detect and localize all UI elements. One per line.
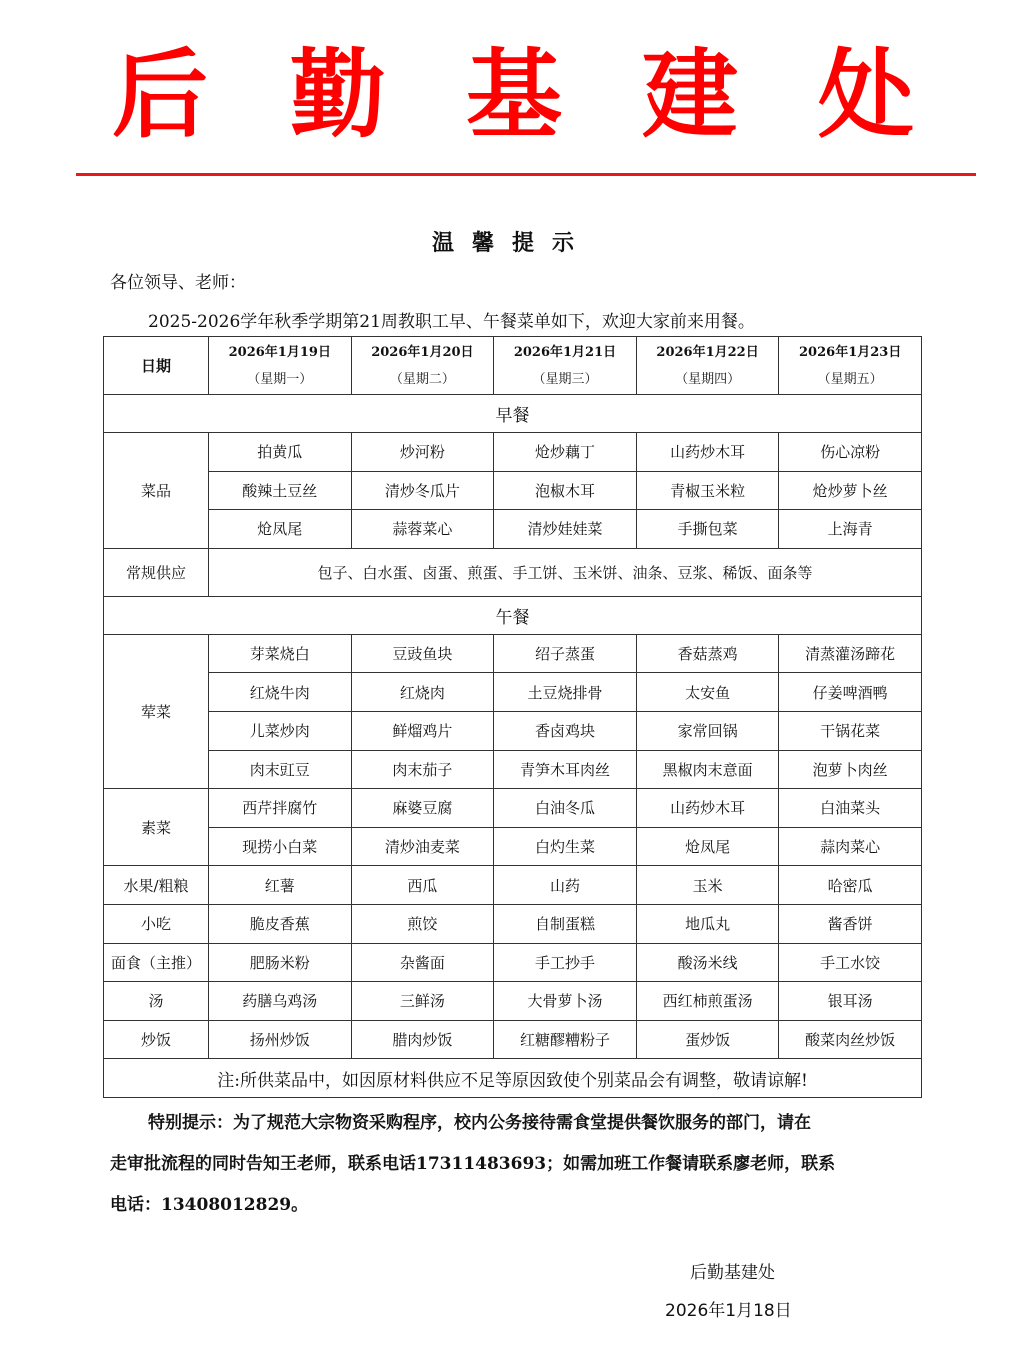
special-line: 走审批流程的同时告知王老师，联系电话17311483693；如需加班工作餐请联系… <box>110 1144 916 1185</box>
dish-cell: 地瓜丸 <box>636 904 779 943</box>
dish-cell: 酸汤米线 <box>636 943 779 982</box>
row-label: 菜品 <box>104 433 209 549</box>
special-line: 特别提示：为了规范大宗物资采购程序，校内公务接待需食堂提供餐饮服务的部门，请在 <box>110 1103 916 1144</box>
day-header: 2026年1月21日（星期三） <box>494 337 637 395</box>
row-label: 面食（主推） <box>104 943 209 982</box>
dish-cell: 蛋炒饭 <box>636 1020 779 1059</box>
dish-cell: 白油冬瓜 <box>494 789 637 828</box>
dish-cell: 家常回锅 <box>636 711 779 750</box>
dish-cell: 肉末豇豆 <box>209 750 352 789</box>
dish-cell: 扬州炒饭 <box>209 1020 352 1059</box>
dish-cell: 拍黄瓜 <box>209 433 352 472</box>
row-label: 小吃 <box>104 904 209 943</box>
dish-cell: 三鲜汤 <box>351 982 494 1021</box>
dish-cell: 炝凤尾 <box>209 510 352 549</box>
dish-cell: 绍子蒸蛋 <box>494 634 637 673</box>
dish-cell: 炝炒藕丁 <box>494 433 637 472</box>
day-header: 2026年1月20日（星期二） <box>351 337 494 395</box>
dish-cell: 豆豉鱼块 <box>351 634 494 673</box>
regular-supply: 包子、白水蛋、卤蛋、煎蛋、手工饼、玉米饼、油条、豆浆、稀饭、面条等 <box>209 548 922 596</box>
dish-cell: 清炒油麦菜 <box>351 827 494 866</box>
dish-cell: 鲜熘鸡片 <box>351 711 494 750</box>
dish-cell: 白灼生菜 <box>494 827 637 866</box>
dish-cell: 肥肠米粉 <box>209 943 352 982</box>
greeting: 各位领导、老师： <box>110 268 246 293</box>
dish-cell: 脆皮香蕉 <box>209 904 352 943</box>
row-label: 荤菜 <box>104 634 209 788</box>
dish-cell: 杂酱面 <box>351 943 494 982</box>
dish-cell: 清蒸灌汤蹄花 <box>779 634 922 673</box>
dish-cell: 儿菜炒肉 <box>209 711 352 750</box>
dish-cell: 麻婆豆腐 <box>351 789 494 828</box>
menu-table: 日期 2026年1月19日（星期一） 2026年1月20日（星期二） 2026年… <box>103 336 922 1098</box>
dish-cell: 酸菜肉丝炒饭 <box>779 1020 922 1059</box>
dish-cell: 哈密瓜 <box>779 866 922 905</box>
dish-cell: 太安鱼 <box>636 673 779 712</box>
dish-cell: 自制蛋糕 <box>494 904 637 943</box>
dish-cell: 上海青 <box>779 510 922 549</box>
dish-cell: 清炒娃娃菜 <box>494 510 637 549</box>
dish-cell: 香卤鸡块 <box>494 711 637 750</box>
row-label: 水果/粗粮 <box>104 866 209 905</box>
dish-cell: 黑椒肉末意面 <box>636 750 779 789</box>
dish-cell: 西芹拌腐竹 <box>209 789 352 828</box>
dish-cell: 腊肉炒饭 <box>351 1020 494 1059</box>
dish-cell: 山药炒木耳 <box>636 433 779 472</box>
dish-cell: 西红柿煎蛋汤 <box>636 982 779 1021</box>
letterhead-char: 处 <box>818 40 914 150</box>
table-row: 酸辣土豆丝 清炒冬瓜片 泡椒木耳 青椒玉米粒 炝炒萝卜丝 <box>104 471 922 510</box>
table-row: 水果/粗粮 红薯 西瓜 山药 玉米 哈密瓜 <box>104 866 922 905</box>
letterhead-char: 后 <box>112 40 208 150</box>
dish-cell: 清炒冬瓜片 <box>351 471 494 510</box>
page-title: 温馨提示 <box>0 226 1024 257</box>
dish-cell: 红烧牛肉 <box>209 673 352 712</box>
dish-cell: 青椒玉米粒 <box>636 471 779 510</box>
table-row: 荤菜 芽菜烧白 豆豉鱼块 绍子蒸蛋 香菇蒸鸡 清蒸灌汤蹄花 <box>104 634 922 673</box>
dish-cell: 酸辣土豆丝 <box>209 471 352 510</box>
dish-cell: 现捞小白菜 <box>209 827 352 866</box>
dish-cell: 白油菜头 <box>779 789 922 828</box>
dish-cell: 蒜蓉菜心 <box>351 510 494 549</box>
section-breakfast: 早餐 <box>104 395 922 433</box>
dish-cell: 芽菜烧白 <box>209 634 352 673</box>
dish-cell: 炝炒萝卜丝 <box>779 471 922 510</box>
red-divider <box>76 173 976 176</box>
section-lunch: 午餐 <box>104 596 922 634</box>
dish-cell: 玉米 <box>636 866 779 905</box>
dish-cell: 蒜肉菜心 <box>779 827 922 866</box>
dish-cell: 酱香饼 <box>779 904 922 943</box>
issue-date: 2026年1月18日 <box>665 1296 792 1321</box>
table-row: 汤 药膳乌鸡汤 三鲜汤 大骨萝卜汤 西红柿煎蛋汤 银耳汤 <box>104 982 922 1021</box>
dish-cell: 手撕包菜 <box>636 510 779 549</box>
letterhead-char: 建 <box>642 40 738 150</box>
table-row: 炝凤尾 蒜蓉菜心 清炒娃娃菜 手撕包菜 上海青 <box>104 510 922 549</box>
table-note: 注:所供菜品中，如因原材料供应不足等原因致使个别菜品会有调整，敬请谅解! <box>104 1059 922 1098</box>
dish-cell: 炝凤尾 <box>636 827 779 866</box>
dish-cell: 煎饺 <box>351 904 494 943</box>
signature: 后勤基建处 <box>690 1258 775 1283</box>
letterhead: 后 勤 基 建 处 <box>0 40 1024 150</box>
date-label: 日期 <box>104 337 209 395</box>
table-row: 肉末豇豆 肉末茄子 青笋木耳肉丝 黑椒肉末意面 泡萝卜肉丝 <box>104 750 922 789</box>
table-row: 面食（主推） 肥肠米粉 杂酱面 手工抄手 酸汤米线 手工水饺 <box>104 943 922 982</box>
table-row: 炒饭 扬州炒饭 腊肉炒饭 红糖醪糟粉子 蛋炒饭 酸菜肉丝炒饭 <box>104 1020 922 1059</box>
day-header: 2026年1月23日（星期五） <box>779 337 922 395</box>
dish-cell: 香菇蒸鸡 <box>636 634 779 673</box>
table-row: 儿菜炒肉 鲜熘鸡片 香卤鸡块 家常回锅 干锅花菜 <box>104 711 922 750</box>
row-label: 常规供应 <box>104 548 209 596</box>
special-notice: 特别提示：为了规范大宗物资采购程序，校内公务接待需食堂提供餐饮服务的部门，请在 … <box>110 1103 916 1226</box>
dish-cell: 西瓜 <box>351 866 494 905</box>
letterhead-char: 勤 <box>290 40 386 150</box>
dish-cell: 炒河粉 <box>351 433 494 472</box>
intro-text: 2025-2026学年秋季学期第21周教职工早、午餐菜单如下，欢迎大家前来用餐。 <box>148 307 755 332</box>
row-label: 炒饭 <box>104 1020 209 1059</box>
dish-cell: 药膳乌鸡汤 <box>209 982 352 1021</box>
dish-cell: 银耳汤 <box>779 982 922 1021</box>
dish-cell: 青笋木耳肉丝 <box>494 750 637 789</box>
table-row: 现捞小白菜 清炒油麦菜 白灼生菜 炝凤尾 蒜肉菜心 <box>104 827 922 866</box>
dish-cell: 泡椒木耳 <box>494 471 637 510</box>
dish-cell: 泡萝卜肉丝 <box>779 750 922 789</box>
letterhead-char: 基 <box>466 40 562 150</box>
dish-cell: 干锅花菜 <box>779 711 922 750</box>
day-header: 2026年1月19日（星期一） <box>209 337 352 395</box>
table-row: 常规供应 包子、白水蛋、卤蛋、煎蛋、手工饼、玉米饼、油条、豆浆、稀饭、面条等 <box>104 548 922 596</box>
special-line: 电话：13408012829。 <box>110 1185 916 1226</box>
table-row: 红烧牛肉 红烧肉 土豆烧排骨 太安鱼 仔姜啤酒鸭 <box>104 673 922 712</box>
row-label: 汤 <box>104 982 209 1021</box>
dish-cell: 大骨萝卜汤 <box>494 982 637 1021</box>
dish-cell: 手工水饺 <box>779 943 922 982</box>
table-row: 素菜 西芹拌腐竹 麻婆豆腐 白油冬瓜 山药炒木耳 白油菜头 <box>104 789 922 828</box>
dish-cell: 仔姜啤酒鸭 <box>779 673 922 712</box>
dish-cell: 土豆烧排骨 <box>494 673 637 712</box>
dish-cell: 红薯 <box>209 866 352 905</box>
dish-cell: 红糖醪糟粉子 <box>494 1020 637 1059</box>
dish-cell: 红烧肉 <box>351 673 494 712</box>
dish-cell: 肉末茄子 <box>351 750 494 789</box>
dish-cell: 山药 <box>494 866 637 905</box>
day-header: 2026年1月22日（星期四） <box>636 337 779 395</box>
dish-cell: 山药炒木耳 <box>636 789 779 828</box>
dish-cell: 伤心凉粉 <box>779 433 922 472</box>
table-row: 菜品 拍黄瓜 炒河粉 炝炒藕丁 山药炒木耳 伤心凉粉 <box>104 433 922 472</box>
table-row: 小吃 脆皮香蕉 煎饺 自制蛋糕 地瓜丸 酱香饼 <box>104 904 922 943</box>
row-label: 素菜 <box>104 789 209 866</box>
dish-cell: 手工抄手 <box>494 943 637 982</box>
table-header-row: 日期 2026年1月19日（星期一） 2026年1月20日（星期二） 2026年… <box>104 337 922 395</box>
